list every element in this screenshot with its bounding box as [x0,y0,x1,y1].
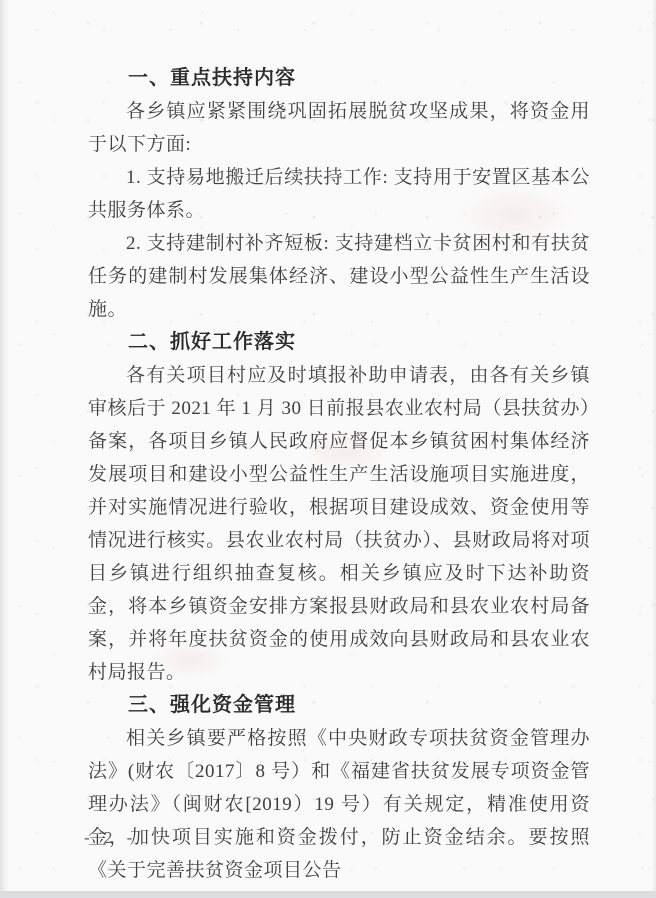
section-heading: 三、强化资金管理 [88,689,590,722]
scan-edge-right [652,0,656,898]
section-work-implementation: 二、抓好工作落实 各有关项目村应及时填报补助申请表，由各有关乡镇审核后于 202… [88,326,590,689]
scan-edge-left [0,0,9,898]
paragraph: 1. 支持易地搬迁后续扶持工作: 支持用于安置区基本公共服务体系。 [88,161,590,227]
section-heading: 二、抓好工作落实 [88,326,590,359]
scan-edge-bottom [0,891,656,898]
section-fund-management: 三、强化资金管理 相关乡镇要严格按照《中央财政专项扶贫资金管理办法》(财农〔20… [88,689,590,887]
paragraph: 相关乡镇要严格按照《中央财政专项扶贫资金管理办法》(财农〔2017〕8 号）和《… [88,722,590,887]
document-body: 一、重点扶持内容 各乡镇应紧紧围绕巩固拓展脱贫攻坚成果，将资金用于以下方面: 1… [88,62,590,887]
paragraph: 2. 支持建制村补齐短板: 支持建档立卡贫困村和有扶贫任务的建制村发展集体经济、… [88,227,590,326]
section-key-support: 一、重点扶持内容 各乡镇应紧紧围绕巩固拓展脱贫攻坚成果，将资金用于以下方面: 1… [88,62,590,326]
paragraph: 各乡镇应紧紧围绕巩固拓展脱贫攻坚成果，将资金用于以下方面: [88,95,590,161]
scanned-document-page: 一、重点扶持内容 各乡镇应紧紧围绕巩固拓展脱贫攻坚成果，将资金用于以下方面: 1… [0,0,656,898]
page-number: - 2 - [84,828,137,848]
section-heading: 一、重点扶持内容 [88,62,590,95]
paragraph: 各有关项目村应及时填报补助申请表，由各有关乡镇审核后于 2021 年 1 月 3… [88,359,590,689]
